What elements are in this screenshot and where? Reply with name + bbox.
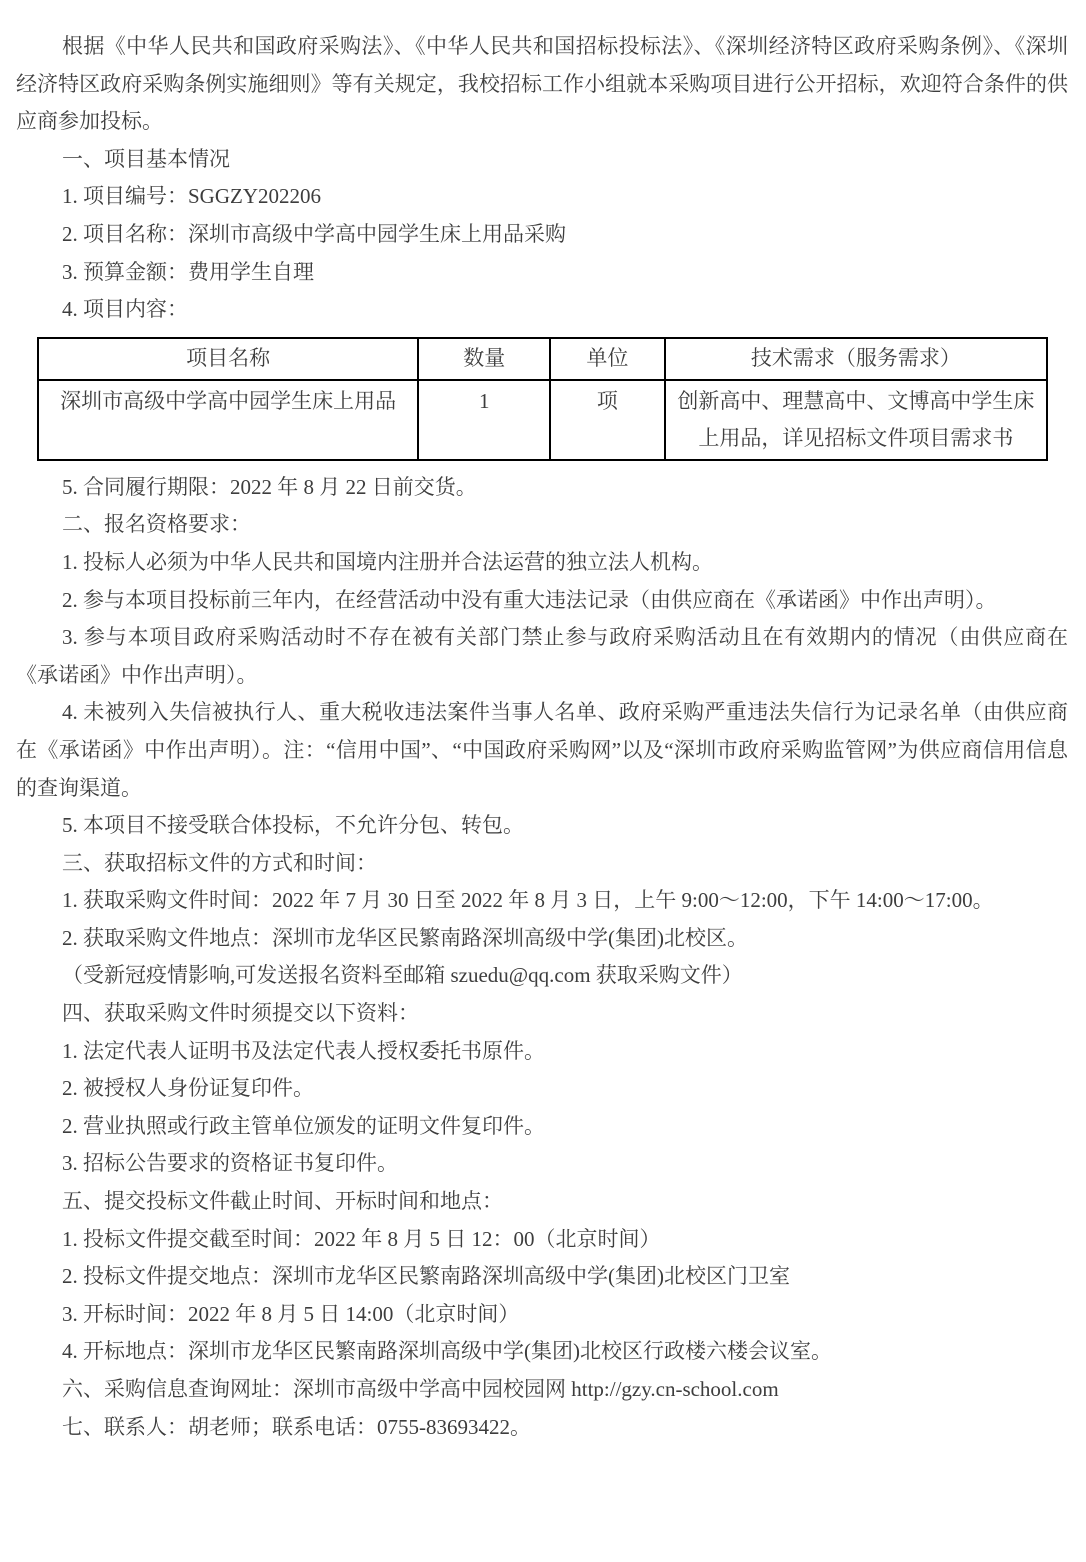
qualification-item-4: 4. 未被列入失信被执行人、重大税收违法案件当事人名单、政府采购严重违法失信行为… bbox=[16, 694, 1068, 807]
section-6-website-item: 六、采购信息查询网址：深圳市高级中学高中园校园网 http://gzy.cn-s… bbox=[16, 1371, 1068, 1409]
header-cell-requirements: 技术需求（服务需求） bbox=[665, 338, 1047, 380]
cell-quantity: 1 bbox=[418, 380, 550, 460]
section-2-heading: 二、报名资格要求： bbox=[16, 506, 1068, 544]
bid-submission-deadline-item: 1. 投标文件提交截至时间：2022 年 8 月 5 日 12：00（北京时间） bbox=[16, 1221, 1068, 1259]
qualification-item-3: 3. 参与本项目政府采购活动时不存在被有关部门禁止参与政府采购活动且在有效期内的… bbox=[16, 619, 1068, 694]
project-content-item: 4. 项目内容： bbox=[16, 291, 1068, 329]
header-cell-quantity: 数量 bbox=[418, 338, 550, 380]
section-1-heading: 一、项目基本情况 bbox=[16, 141, 1068, 179]
document-obtain-place-item: 2. 获取采购文件地点：深圳市龙华区民繁南路深圳高级中学(集团)北校区。 bbox=[16, 920, 1068, 958]
qualification-item-5: 5. 本项目不接受联合体投标，不允许分包、转包。 bbox=[16, 807, 1068, 845]
bid-opening-place-item: 4. 开标地点：深圳市龙华区民繁南路深圳高级中学(集团)北校区行政楼六楼会议室。 bbox=[16, 1333, 1068, 1371]
qualification-item-2: 2. 参与本项目投标前三年内，在经营活动中没有重大违法记录（由供应商在《承诺函》… bbox=[16, 582, 1068, 620]
project-number-item: 1. 项目编号：SGGZY202206 bbox=[16, 178, 1068, 216]
budget-item: 3. 预算金额：费用学生自理 bbox=[16, 254, 1068, 292]
table-row: 深圳市高级中学高中园学生床上用品 1 项 创新高中、理慧高中、文博高中学生床上用… bbox=[38, 380, 1047, 460]
covid-note-paragraph: （受新冠疫情影响,可发送报名资料至邮箱 szuedu@qq.com 获取采购文件… bbox=[16, 957, 1068, 995]
qualification-item-1: 1. 投标人必须为中华人民共和国境内注册并合法运营的独立法人机构。 bbox=[16, 544, 1068, 582]
material-item-4: 3. 招标公告要求的资格证书复印件。 bbox=[16, 1145, 1068, 1183]
material-item-3: 2. 营业执照或行政主管单位颁发的证明文件复印件。 bbox=[16, 1108, 1068, 1146]
section-5-heading: 五、提交投标文件截止时间、开标时间和地点： bbox=[16, 1183, 1068, 1221]
tender-announcement-document: 根据《中华人民共和国政府采购法》、《中华人民共和国招标投标法》、《深圳经济特区政… bbox=[0, 0, 1086, 1446]
material-item-2: 2. 被授权人身份证复印件。 bbox=[16, 1070, 1068, 1108]
section-3-heading: 三、获取招标文件的方式和时间： bbox=[16, 845, 1068, 883]
document-obtain-time-item: 1. 获取采购文件时间：2022 年 7 月 30 日至 2022 年 8 月 … bbox=[16, 882, 1068, 920]
contract-deadline-item: 5. 合同履行期限：2022 年 8 月 22 日前交货。 bbox=[16, 469, 1068, 507]
section-4-heading: 四、获取采购文件时须提交以下资料： bbox=[16, 995, 1068, 1033]
material-item-1: 1. 法定代表人证明书及法定代表人授权委托书原件。 bbox=[16, 1033, 1068, 1071]
cell-requirements: 创新高中、理慧高中、文博高中学生床上用品，详见招标文件项目需求书 bbox=[665, 380, 1047, 460]
cell-unit: 项 bbox=[550, 380, 665, 460]
cell-project-name: 深圳市高级中学高中园学生床上用品 bbox=[38, 380, 418, 460]
bid-opening-time-item: 3. 开标时间：2022 年 8 月 5 日 14:00（北京时间） bbox=[16, 1296, 1068, 1334]
table-header-row: 项目名称 数量 单位 技术需求（服务需求） bbox=[38, 338, 1047, 380]
section-7-contact-item: 七、联系人：胡老师；联系电话：0755-83693422。 bbox=[16, 1409, 1068, 1447]
bid-submission-place-item: 2. 投标文件提交地点：深圳市龙华区民繁南路深圳高级中学(集团)北校区门卫室 bbox=[16, 1258, 1068, 1296]
header-cell-unit: 单位 bbox=[550, 338, 665, 380]
project-content-table: 项目名称 数量 单位 技术需求（服务需求） 深圳市高级中学高中园学生床上用品 1… bbox=[37, 337, 1048, 461]
intro-paragraph: 根据《中华人民共和国政府采购法》、《中华人民共和国招标投标法》、《深圳经济特区政… bbox=[16, 28, 1068, 141]
project-name-item: 2. 项目名称：深圳市高级中学高中园学生床上用品采购 bbox=[16, 216, 1068, 254]
header-cell-project-name: 项目名称 bbox=[38, 338, 418, 380]
